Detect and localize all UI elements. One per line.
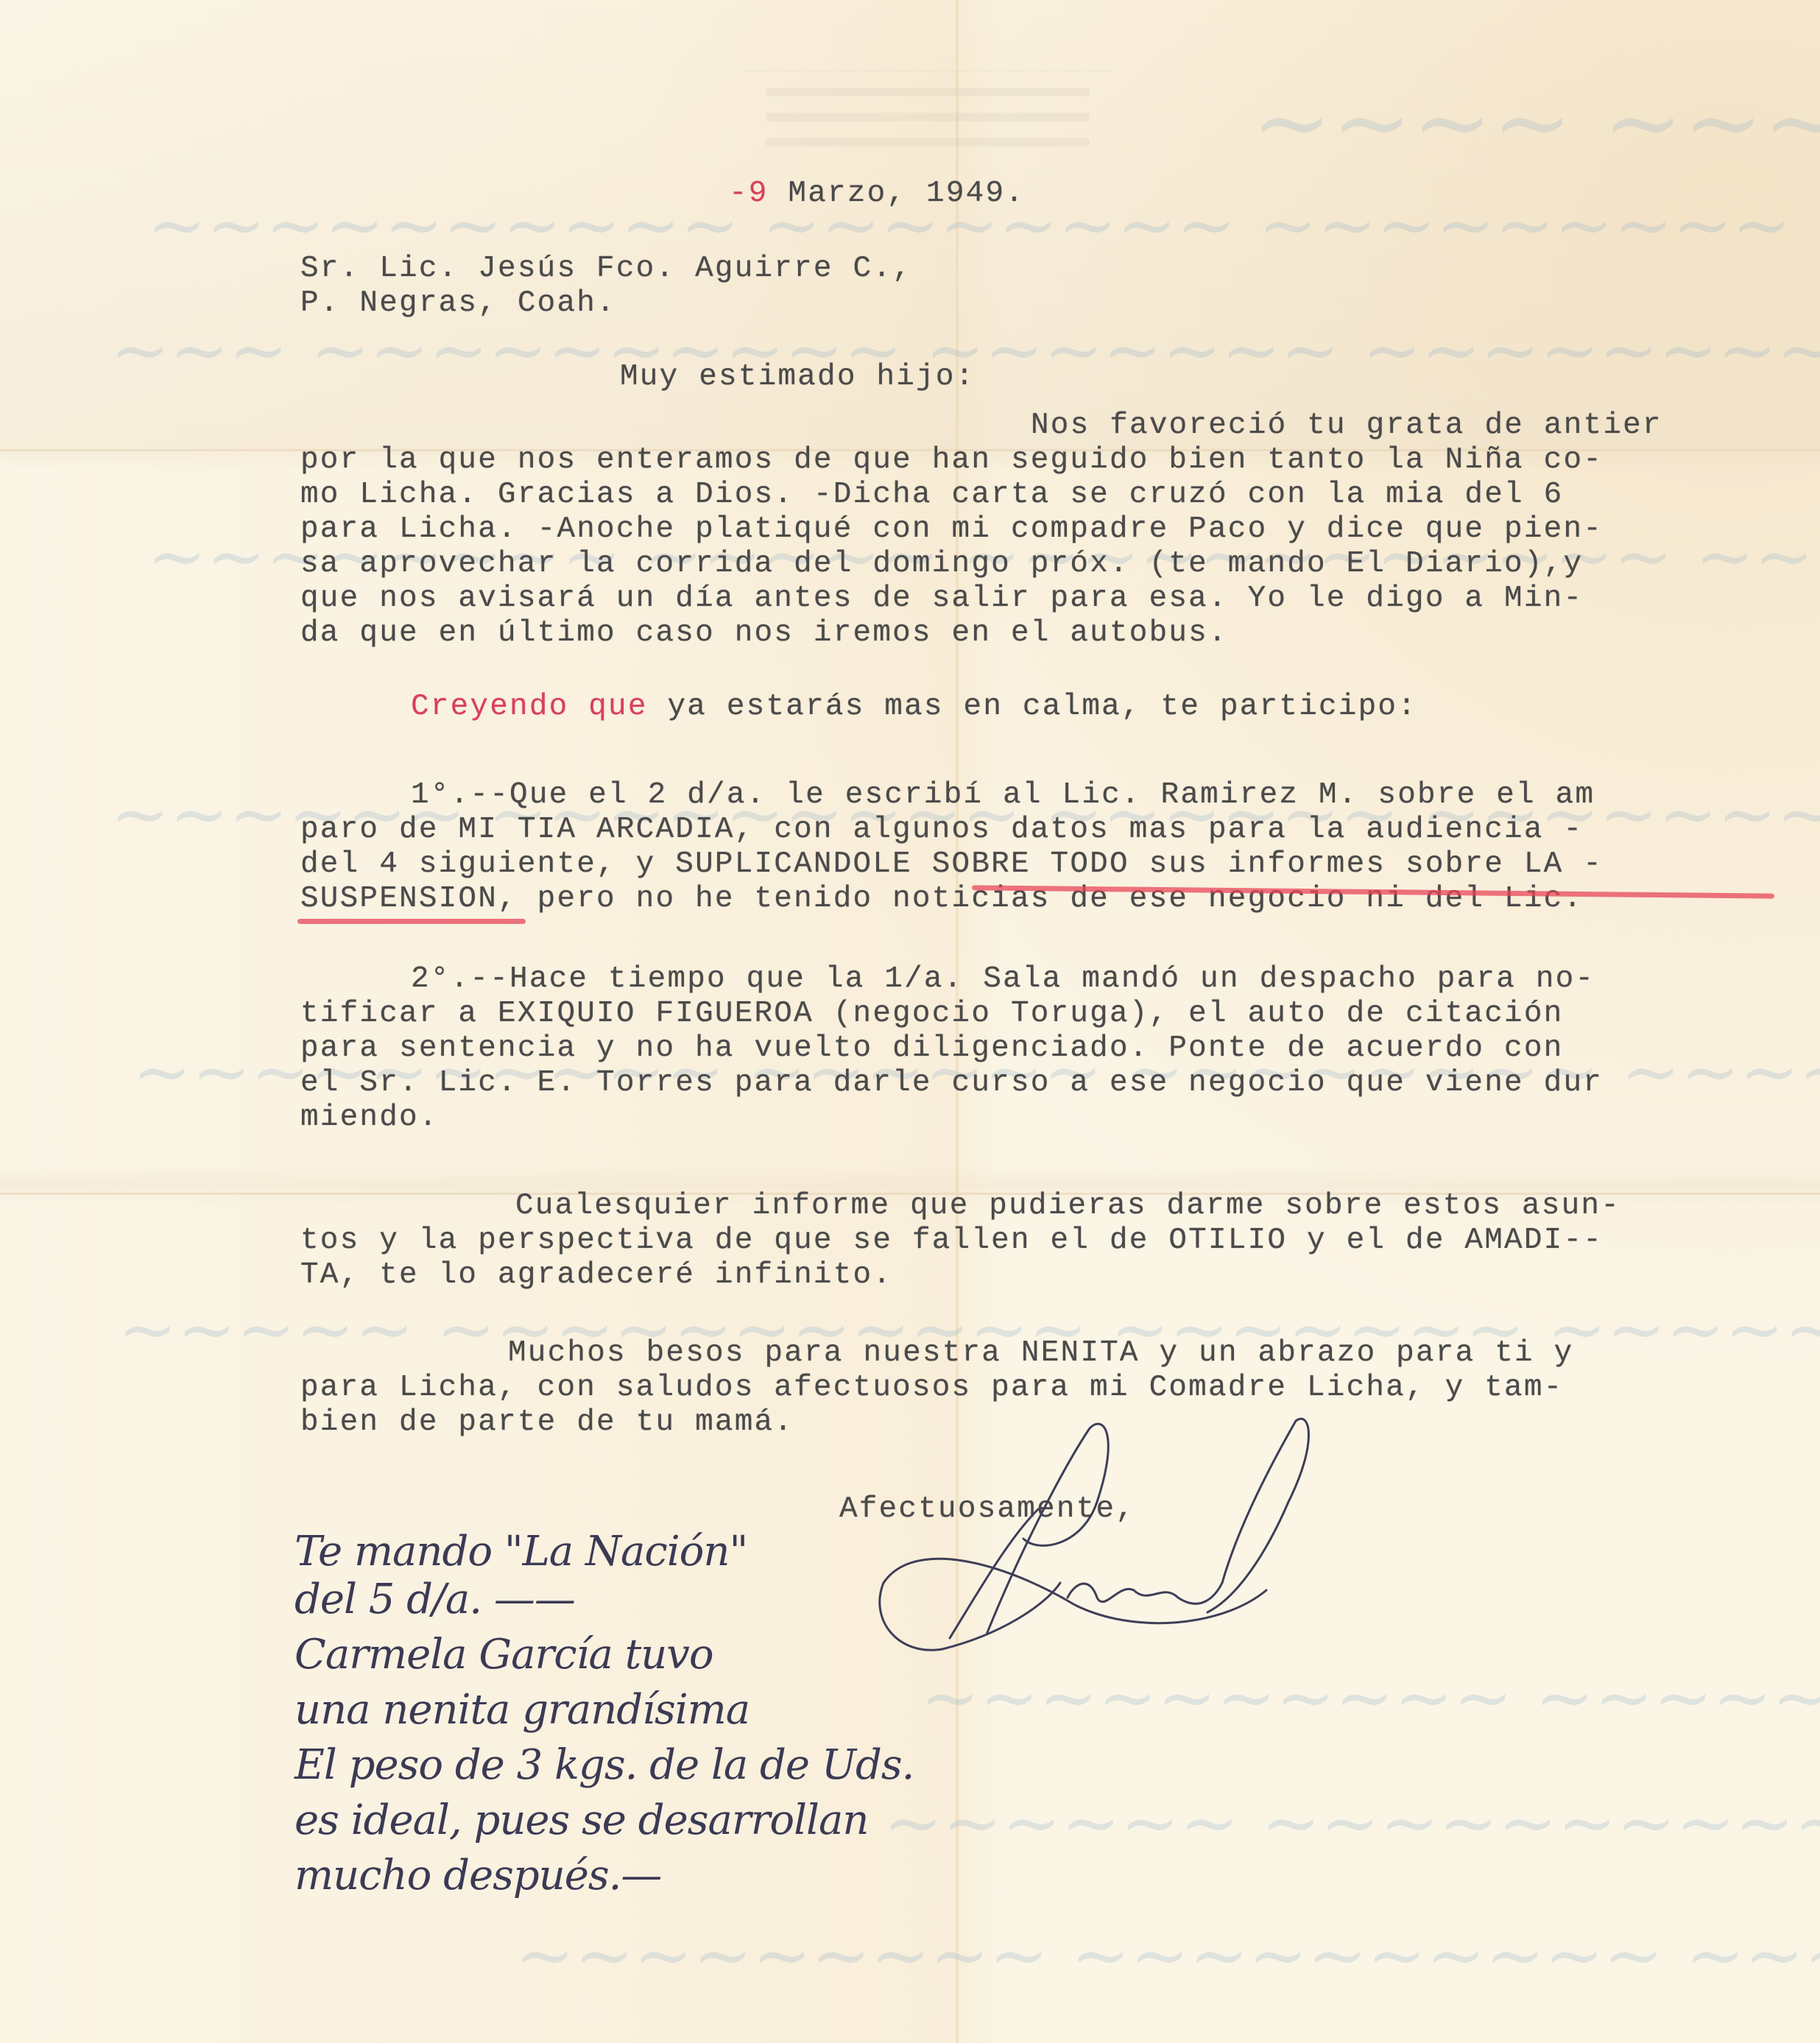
paragraph1-line: para Licha. -Anoche platiqué con mi comp…: [300, 515, 1603, 545]
handwritten-note-line: mucho después.—: [294, 1852, 661, 1899]
signature-text: J. Aguirre: [854, 1414, 858, 1414]
paragraph3-line: Cualesquier informe que pudieras darme s…: [515, 1191, 1620, 1221]
item2-line: para sentencia y no ha vuelto diligencia…: [300, 1034, 1563, 1064]
paragraph1-line: sa aprovechar la corrida del domingo pró…: [300, 549, 1583, 579]
item1-line: paro de MI TIA ARCADIA, con algunos dato…: [300, 815, 1583, 845]
signature-scribble-icon: J. Aguirre: [854, 1414, 1355, 1656]
item2-line: miendo.: [300, 1103, 439, 1133]
item1-line: 1°.--Que el 2 d/a. le escribí al Lic. Ra…: [411, 780, 1595, 811]
paragraph4-line: bien de parte de tu mamá.: [300, 1408, 794, 1438]
handwritten-note-line: del 5 d/a. ——: [294, 1576, 575, 1623]
item2-line: tificar a EXIQUIO FIGUEROA (negocio Toru…: [300, 999, 1563, 1029]
handwritten-note-line: es ideal, pues se desarrollan: [294, 1796, 868, 1844]
salutation: Muy estimado hijo:: [620, 362, 975, 392]
letter-date: -9 Marzo, 1949.: [729, 179, 1025, 209]
paragraph4-line: para Licha, con saludos afectuosos para …: [300, 1373, 1563, 1403]
handwritten-note-line: una nenita grandísima: [294, 1686, 749, 1734]
date-day: -9: [729, 177, 769, 211]
embossed-letterhead: [744, 70, 1112, 174]
red-pencil-underline: [297, 919, 526, 924]
item1-line: SUSPENSION, pero no he tenido noticias d…: [300, 884, 1583, 914]
handwritten-note-line: El peso de 3 kgs. de la de Uds.: [294, 1741, 914, 1789]
paragraph1-line: mo Licha. Gracias a Dios. -Dicha carta s…: [300, 480, 1563, 510]
item2-line: el Sr. Lic. E. Torres para darle curso a…: [300, 1068, 1603, 1098]
paragraph1-line: por la que nos enteramos de que han segu…: [300, 445, 1603, 476]
item1-line: del 4 siguiente, y SUPLICANDOLE SOBRE TO…: [300, 850, 1603, 880]
paragraph3-line: TA, te lo agradeceré infinito.: [300, 1260, 892, 1291]
item2-line: 2°.--Hace tiempo que la 1/a. Sala mandó …: [411, 964, 1595, 995]
recipient-location: P. Negras, Coah.: [300, 289, 616, 319]
red-typed-phrase: Creyendo que: [411, 690, 648, 724]
paragraph3-line: tos y la perspectiva de que se fallen el…: [300, 1226, 1603, 1256]
paragraph1-line: Nos favoreció tu grata de antier: [1031, 411, 1662, 441]
date-month-year: Marzo, 1949.: [769, 177, 1025, 211]
recipient-name: Sr. Lic. Jesús Fco. Aguirre C.,: [300, 254, 912, 284]
paragraph1-line: da que en último caso nos iremos en el a…: [300, 618, 1228, 649]
paragraph2: Creyendo que ya estarás mas en calma, te…: [411, 692, 1417, 722]
handwritten-note-line: Carmela García tuvo: [294, 1631, 713, 1679]
paragraph1-line: que nos avisará un día antes de salir pa…: [300, 584, 1583, 614]
handwritten-note-line: Te mando "La Nación": [294, 1528, 747, 1576]
paragraph4-line: Muchos besos para nuestra NENITA y un ab…: [508, 1338, 1573, 1369]
